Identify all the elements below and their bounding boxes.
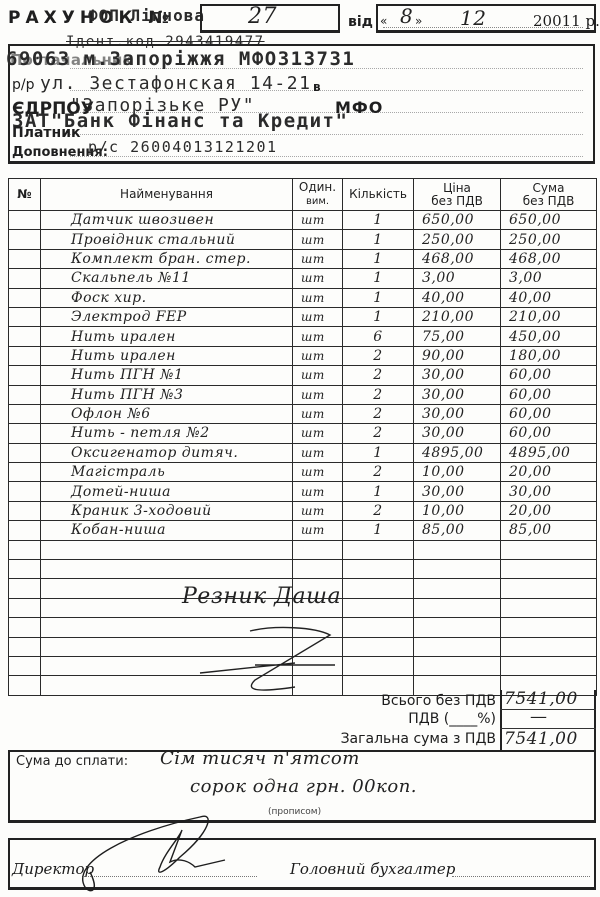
dotted-line <box>70 156 583 157</box>
table-row: Электрод FEPшт1210,00210,00 <box>9 307 597 326</box>
item-sum: 450,00 <box>501 327 597 346</box>
item-qty <box>343 540 414 559</box>
item-price: 90,00 <box>414 346 501 365</box>
item-unit: шт <box>293 443 343 462</box>
item-qty <box>343 637 414 656</box>
item-unit <box>293 560 343 579</box>
totals-divider <box>500 709 596 710</box>
in-bank-label: в <box>313 80 321 94</box>
row-number <box>9 501 41 520</box>
item-unit: шт <box>293 346 343 365</box>
table-row: Оксигенатор дитяч.шт14895,004895,00 <box>9 443 597 462</box>
row-number <box>9 443 41 462</box>
item-sum: 3,00 <box>501 269 597 288</box>
item-price: 30,00 <box>414 482 501 501</box>
row-number <box>9 637 41 656</box>
row-number <box>9 463 41 482</box>
item-qty: 1 <box>343 521 414 540</box>
item-price: 30,00 <box>414 424 501 443</box>
col-header-price-l2: без ПДВ <box>431 194 483 208</box>
item-name: Кобан-ниша <box>41 521 293 540</box>
item-name: Электрод FEP <box>41 307 293 326</box>
item-sum: 4895,00 <box>501 443 597 462</box>
accountant-label: Головний бухгалтер <box>290 860 455 878</box>
item-price: 4895,00 <box>414 443 501 462</box>
items-body: Датчик швозивеншт1650,00650,00Провідник … <box>9 211 597 696</box>
item-qty: 2 <box>343 424 414 443</box>
item-name: Нить ПГН №3 <box>41 385 293 404</box>
item-unit: шт <box>293 211 343 230</box>
total-net-label: Всього без ПДВ <box>381 693 496 709</box>
item-name: Комплект бран. стер. <box>41 249 293 268</box>
item-price <box>414 579 501 598</box>
item-name <box>41 560 293 579</box>
item-price <box>414 540 501 559</box>
item-qty: 1 <box>343 211 414 230</box>
table-row: Краник 3-ходовийшт210,0020,00 <box>9 501 597 520</box>
table-row: Кобан-нишашт185,0085,00 <box>9 521 597 540</box>
row-number <box>9 540 41 559</box>
col-header-unit: Один.вим. <box>293 179 343 211</box>
row-number <box>9 618 41 637</box>
item-sum: 650,00 <box>501 211 597 230</box>
item-price: 30,00 <box>414 366 501 385</box>
item-sum: 20,00 <box>501 501 597 520</box>
item-price: 210,00 <box>414 307 501 326</box>
item-unit: шт <box>293 385 343 404</box>
item-price: 30,00 <box>414 404 501 423</box>
item-name: Нить ПГН №1 <box>41 366 293 385</box>
date-dotted-line <box>383 27 583 28</box>
col-header-name: Найменування <box>41 179 293 211</box>
item-price: 40,00 <box>414 288 501 307</box>
item-unit: шт <box>293 424 343 443</box>
item-name: Магістраль <box>41 463 293 482</box>
item-price: 250,00 <box>414 230 501 249</box>
table-row: Скальпель №11шт13,003,00 <box>9 269 597 288</box>
col-header-unit-l2: вим. <box>306 196 329 207</box>
item-qty: 2 <box>343 463 414 482</box>
item-name: Краник 3-ходовий <box>41 501 293 520</box>
item-unit: шт <box>293 327 343 346</box>
item-qty: 1 <box>343 249 414 268</box>
item-qty <box>343 618 414 637</box>
item-price <box>414 637 501 656</box>
col-header-num-text: № <box>17 187 31 201</box>
item-unit: шт <box>293 501 343 520</box>
col-header-qty: Кількість <box>343 179 414 211</box>
table-row: Магістральшт210,0020,00 <box>9 463 597 482</box>
col-header-unit-l1: Один. <box>299 180 336 194</box>
table-row: Датчик швозивеншт1650,00650,00 <box>9 211 597 230</box>
amount-words-hint: (прописом) <box>268 807 321 817</box>
item-name <box>41 540 293 559</box>
item-unit: шт <box>293 269 343 288</box>
row-number <box>9 676 41 695</box>
stamp-address-mfo: 69063 м.Запоріжжя МФО313731 <box>6 48 355 70</box>
item-unit <box>293 540 343 559</box>
item-sum: 60,00 <box>501 366 597 385</box>
item-price: 75,00 <box>414 327 501 346</box>
date-close-quote: » <box>415 14 422 28</box>
item-sum: 60,00 <box>501 424 597 443</box>
payer-label: Платник <box>12 125 81 141</box>
item-qty: 1 <box>343 269 414 288</box>
stamp-account-number: р/с 26004013121201 <box>88 138 278 156</box>
item-sum <box>501 579 597 598</box>
col-header-sum-l2: без ПДВ <box>523 194 575 208</box>
table-row <box>9 560 597 579</box>
row-number <box>9 211 41 230</box>
item-sum <box>501 540 597 559</box>
col-header-sum: Сумабез ПДВ <box>501 179 597 211</box>
item-qty: 1 <box>343 307 414 326</box>
item-name: Фоск хир. <box>41 288 293 307</box>
amount-words-label: Сума до сплати: <box>16 754 128 769</box>
item-sum: 468,00 <box>501 249 597 268</box>
table-row: Провідник стальнийшт1250,00250,00 <box>9 230 597 249</box>
total-gross-value: 7541,00 <box>504 729 578 749</box>
item-sum: 30,00 <box>501 482 597 501</box>
accountant-signature-line[interactable] <box>452 876 590 877</box>
table-row: Нить ПГН №3шт230,0060,00 <box>9 385 597 404</box>
item-sum: 210,00 <box>501 307 597 326</box>
row-number <box>9 560 41 579</box>
item-qty <box>343 598 414 617</box>
dotted-line <box>70 134 583 135</box>
table-row: Комплект бран. стер.шт1468,00468,00 <box>9 249 597 268</box>
item-price: 10,00 <box>414 463 501 482</box>
item-unit: шт <box>293 249 343 268</box>
table-row: Офлон №6шт230,0060,00 <box>9 404 597 423</box>
item-qty: 1 <box>343 230 414 249</box>
row-number <box>9 482 41 501</box>
item-unit: шт <box>293 230 343 249</box>
item-sum: 250,00 <box>501 230 597 249</box>
items-table: № Найменування Один.вим. Кількість Цінаб… <box>8 178 597 696</box>
item-qty: 1 <box>343 443 414 462</box>
account-label: р/р <box>12 77 35 93</box>
row-number <box>9 288 41 307</box>
col-header-name-text: Найменування <box>120 187 213 201</box>
item-unit: шт <box>293 288 343 307</box>
item-name: Нить - петля №2 <box>41 424 293 443</box>
item-qty: 2 <box>343 501 414 520</box>
item-price <box>414 618 501 637</box>
item-qty: 2 <box>343 404 414 423</box>
item-name: Нить ирален <box>41 346 293 365</box>
item-sum <box>501 598 597 617</box>
amount-words-line1: Сім тисяч п'ятсот <box>160 748 360 769</box>
table-row: Нить ираленшт290,00180,00 <box>9 346 597 365</box>
stamp-owner-name: ФОП Ліпнова <box>88 6 205 25</box>
item-price: 468,00 <box>414 249 501 268</box>
item-qty: 2 <box>343 385 414 404</box>
item-unit: шт <box>293 521 343 540</box>
item-sum: 20,00 <box>501 463 597 482</box>
row-number <box>9 269 41 288</box>
row-number <box>9 307 41 326</box>
row-number <box>9 366 41 385</box>
item-sum: 85,00 <box>501 521 597 540</box>
item-price: 3,00 <box>414 269 501 288</box>
director-signature-icon <box>70 812 270 897</box>
item-unit: шт <box>293 404 343 423</box>
handwritten-note: Резник Даша <box>182 584 341 609</box>
row-number <box>9 346 41 365</box>
date-label: від <box>348 14 373 30</box>
table-row: Фоск хир.шт140,0040,00 <box>9 288 597 307</box>
item-name: Нить ирален <box>41 327 293 346</box>
col-header-qty-text: Кількість <box>349 187 407 201</box>
item-name: Офлон №6 <box>41 404 293 423</box>
item-price <box>414 656 501 675</box>
item-sum: 60,00 <box>501 385 597 404</box>
item-unit: шт <box>293 463 343 482</box>
item-sum: 180,00 <box>501 346 597 365</box>
item-qty: 2 <box>343 346 414 365</box>
date-open-quote: « <box>380 14 387 28</box>
item-price <box>414 560 501 579</box>
table-row <box>9 540 597 559</box>
item-price: 85,00 <box>414 521 501 540</box>
total-gross-label: Загальна сума з ПДВ <box>341 731 496 747</box>
item-price: 30,00 <box>414 385 501 404</box>
row-number <box>9 327 41 346</box>
invoice-number: 27 <box>248 4 277 29</box>
row-number <box>9 385 41 404</box>
table-header-row: № Найменування Один.вим. Кількість Цінаб… <box>9 179 597 211</box>
row-number <box>9 579 41 598</box>
item-name: Провідник стальний <box>41 230 293 249</box>
item-name: Скальпель №11 <box>41 269 293 288</box>
item-qty: 1 <box>343 288 414 307</box>
item-unit: шт <box>293 366 343 385</box>
item-price: 650,00 <box>414 211 501 230</box>
item-unit: шт <box>293 482 343 501</box>
item-price: 10,00 <box>414 501 501 520</box>
item-unit: шт <box>293 307 343 326</box>
table-row: Дотей-нишашт130,0030,00 <box>9 482 597 501</box>
item-qty: 1 <box>343 482 414 501</box>
row-number <box>9 404 41 423</box>
table-row: Нить ПГН №1шт230,0060,00 <box>9 366 597 385</box>
table-row: Нить ираленшт675,00450,00 <box>9 327 597 346</box>
item-name: Оксигенатор дитяч. <box>41 443 293 462</box>
row-number <box>9 424 41 443</box>
table-row: Нить - петля №2шт230,0060,00 <box>9 424 597 443</box>
item-sum <box>501 618 597 637</box>
total-net-value: 7541,00 <box>504 689 578 709</box>
col-header-price: Цінабез ПДВ <box>414 179 501 211</box>
total-vat-label: ПДВ (____%) <box>408 711 496 727</box>
item-qty <box>343 656 414 675</box>
row-number <box>9 521 41 540</box>
item-price <box>414 598 501 617</box>
item-qty: 6 <box>343 327 414 346</box>
strikethrough-scribble-icon <box>195 625 345 695</box>
stamp-street: ул. Зестафонская 14-21 <box>40 73 311 94</box>
item-name: Датчик швозивен <box>41 211 293 230</box>
amount-words-line2: сорок одна грн. 00коп. <box>190 776 417 797</box>
item-sum <box>501 637 597 656</box>
row-number <box>9 656 41 675</box>
row-number <box>9 230 41 249</box>
item-qty: 2 <box>343 366 414 385</box>
col-header-num: № <box>9 179 41 211</box>
row-number <box>9 249 41 268</box>
item-sum <box>501 656 597 675</box>
item-sum <box>501 560 597 579</box>
row-number <box>9 598 41 617</box>
item-qty <box>343 579 414 598</box>
total-vat-value: — <box>530 707 548 727</box>
item-sum: 60,00 <box>501 404 597 423</box>
date-day: 8 <box>400 4 413 28</box>
item-qty <box>343 560 414 579</box>
item-sum: 40,00 <box>501 288 597 307</box>
item-name: Дотей-ниша <box>41 482 293 501</box>
